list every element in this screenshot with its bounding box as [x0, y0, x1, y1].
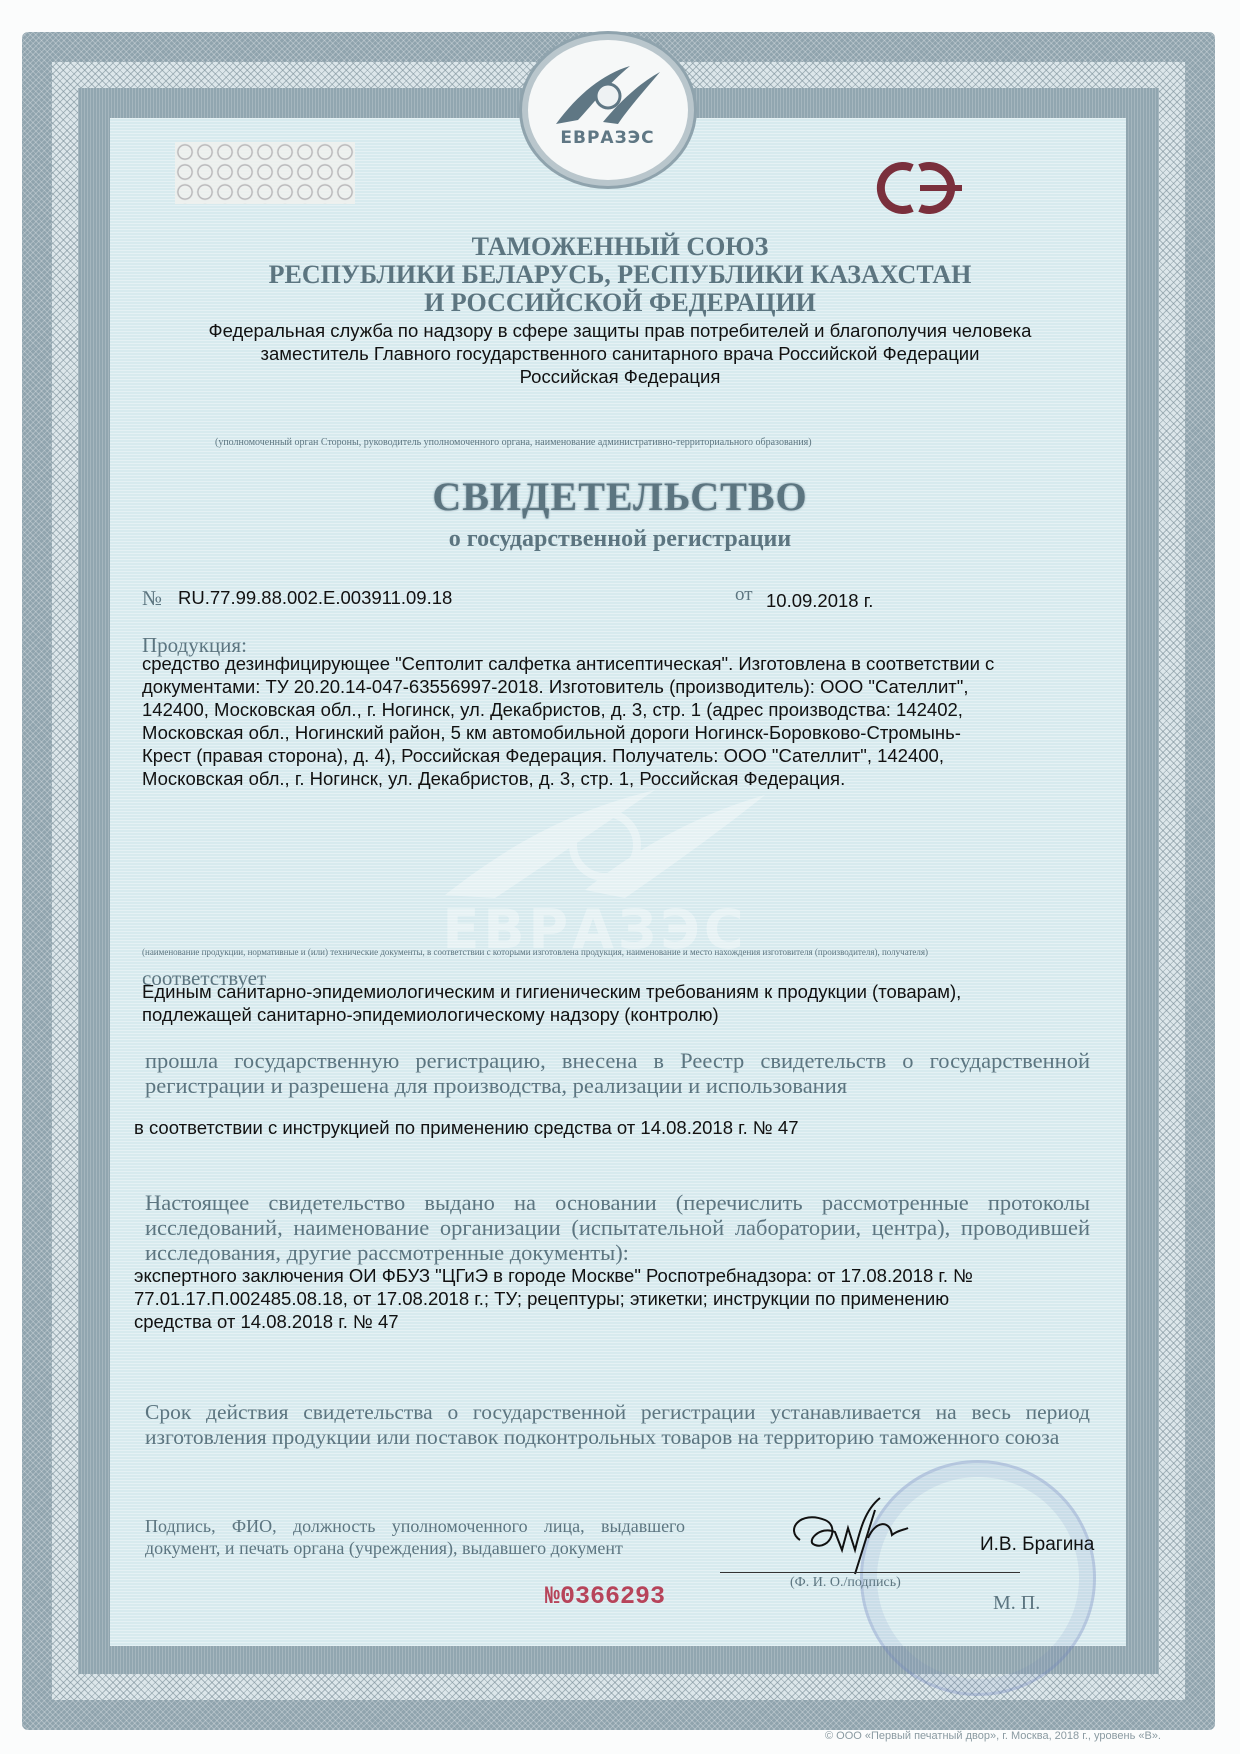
basis-line-2: 77.01.17.П.002485.08.18, от 17.08.2018 г…: [134, 1288, 949, 1311]
signatory-name: И.В. Брагина: [980, 1534, 1094, 1557]
emblem-label: ЕВРАЗЭС: [528, 128, 688, 148]
union-line-3: И РОССИЙСКОЙ ФЕДЕРАЦИИ: [130, 288, 1110, 317]
registration-statement: прошла государственную регистрацию, внес…: [145, 1048, 1090, 1098]
certificate-title: СВИДЕТЕЛЬСТВО: [130, 473, 1110, 520]
basis-line-1: экспертного заключения ОИ ФБУЗ "ЦГиЭ в г…: [134, 1265, 973, 1288]
authority-line-3: Российская Федерация: [130, 366, 1110, 388]
product-line-6: Московская обл., г. Ногинск, ул. Декабри…: [142, 768, 845, 791]
number-label: №: [142, 586, 162, 611]
signature-line: [720, 1572, 1020, 1573]
product-line-3: 142400, Московская обл., г. Ногинск, ул.…: [142, 699, 963, 722]
authority-line-1: Федеральная служба по надзору в сфере за…: [130, 320, 1110, 342]
registration-date: 10.09.2018 г.: [766, 590, 873, 613]
union-line-2: РЕСПУБЛИКИ БЕЛАРУСЬ, РЕСПУБЛИКИ КАЗАХСТА…: [130, 260, 1110, 289]
form-serial-number: №0366293: [545, 1582, 665, 1611]
compliance-line-1: Единым санитарно-эпидемиологическим и ги…: [142, 981, 961, 1004]
stamp-place-label: М. П.: [993, 1592, 1040, 1615]
authority-caption: (уполномоченный орган Стороны, руководит…: [215, 437, 812, 448]
compliance-line-2: подлежащей санитарно-эпидемиологическому…: [142, 1004, 719, 1027]
product-caption: (наименование продукции, нормативные и (…: [142, 947, 928, 957]
printer-note: © ООО «Первый печатный двор», г. Москва,…: [825, 1730, 1161, 1742]
eurasec-watermark: ЕВРАЗЭС: [405, 770, 785, 950]
date-label: от: [735, 584, 753, 606]
signature-label: Подпись, ФИО, должность уполномоченного …: [145, 1515, 685, 1559]
union-line-1: ТАМОЖЕННЫЙ СОЮЗ: [130, 232, 1110, 261]
basis-line-3: средства от 14.08.2018 г. № 47: [134, 1311, 399, 1334]
validity-statement: Срок действия свидетельства о государств…: [145, 1400, 1090, 1450]
security-pattern: [175, 142, 355, 204]
handwritten-signature-icon: [780, 1490, 930, 1575]
product-line-5: Крест (правая сторона), д. 4), Российска…: [142, 745, 944, 768]
customs-union-conformity-mark-icon: [870, 158, 970, 218]
eurasec-emblem: ЕВРАЗЭС: [520, 35, 695, 185]
registration-number: RU.77.99.88.002.E.003911.09.18: [178, 587, 452, 610]
authority-line-2: заместитель Главного государственного са…: [130, 343, 1110, 365]
eurasec-emblem-icon: [548, 54, 668, 134]
product-line-4: Московская обл., Ногинский район, 5 км а…: [142, 722, 961, 745]
signature-line-caption: (Ф. И. О./подпись): [790, 1575, 901, 1591]
product-line-1: средство дезинфицирующее "Септолит салфе…: [142, 653, 994, 676]
certificate-subtitle: о государственной регистрации: [130, 526, 1110, 553]
registration-usage: в соответствии с инструкцией по применен…: [134, 1117, 798, 1140]
basis-statement: Настоящее свидетельство выдано на основа…: [145, 1190, 1090, 1265]
product-line-2: документами: ТУ 20.20.14-047-63556997-20…: [142, 676, 968, 699]
